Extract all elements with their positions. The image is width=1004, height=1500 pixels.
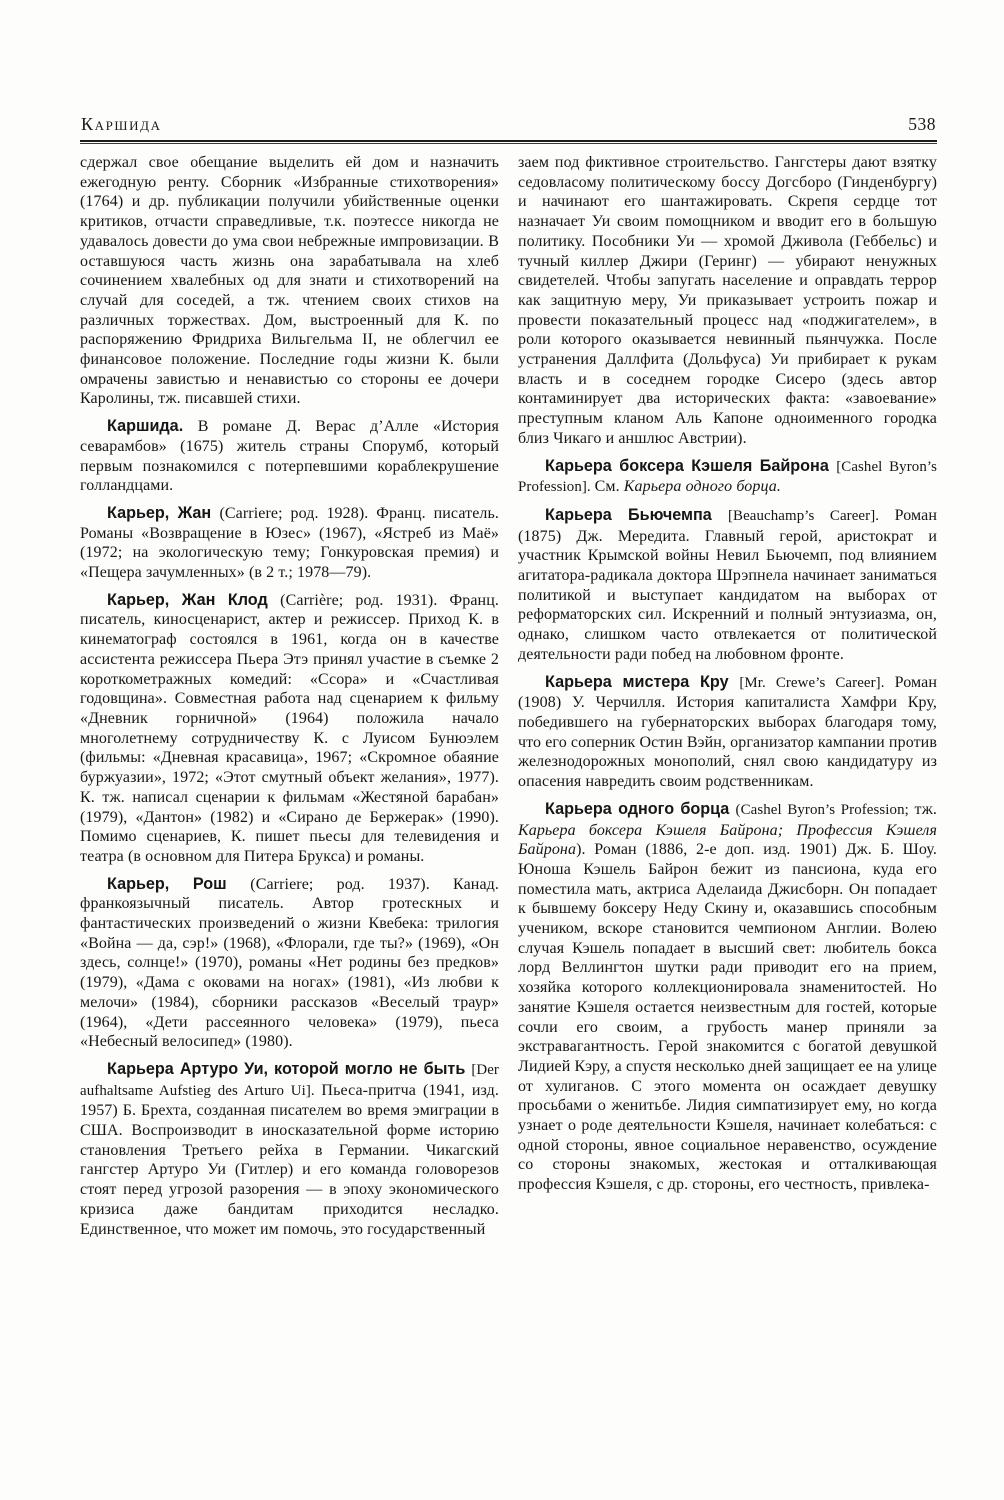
entry-paragraph: Карьер, Жан (Carriere; род. 1928). Франц… [80, 504, 499, 583]
entry-headword: Карьера мистера Кру [545, 673, 739, 691]
body-text: тж. [914, 801, 937, 818]
entry-headword: Карьер, Жан [107, 504, 219, 522]
original-title-latin: [Beauchamp’s Career]. [728, 508, 895, 524]
entry-paragraph: Каршида. В романе Д. Верас д’Алле «Истор… [80, 417, 499, 496]
body-text: ). Роман (1886, 2-е доп. изд. 1901) Дж. … [518, 841, 937, 1193]
entry-paragraph: Карьера мистера Кру [Mr. Crewe’s Career]… [518, 673, 937, 792]
entry-headword: Карьера боксера Кэшеля Байрона [545, 457, 836, 475]
body-text: Роман (1908) У. Черчилля. История капита… [518, 674, 937, 791]
entry-paragraph: Карьера одного борца (Cashel Byron’s Pro… [518, 800, 937, 1195]
page-number: 538 [908, 114, 936, 135]
book-page: Каршида 538 сдержал свое обещание выдели… [0, 0, 1004, 1500]
right-column: заем под фиктивное строительство. Гангст… [518, 153, 937, 1239]
header-rule [80, 140, 937, 144]
continuation-paragraph: сдержал свое обещание выделить ей дом и … [80, 153, 499, 409]
page-header: Каршида 538 [80, 114, 937, 140]
entry-headword: Карьера одного борца [545, 800, 736, 818]
body-text: (Carrière; род. 1931). Франц. писатель, … [80, 592, 499, 865]
entry-paragraph: Карьера Артуро Уи, которой могло не быть… [80, 1060, 499, 1239]
entry-headword: Карьер, Жан Клод [107, 591, 280, 609]
running-title: Каршида [81, 114, 162, 135]
entry-headword: Карьера Артуро Уи, которой могло не быть [107, 1060, 471, 1078]
italic-title: Карьера одного борца. [624, 478, 781, 495]
original-title-latin: [Mr. Crewe’s Career]. [739, 675, 894, 691]
continuation-paragraph: заем под фиктивное строительство. Гангст… [518, 153, 937, 449]
original-title-latin: (Cashel Byron’s Profession; [736, 802, 915, 818]
entry-paragraph: Карьер, Рош (Carriere; род. 1937). Канад… [80, 875, 499, 1052]
entry-paragraph: Карьера боксера Кэшеля Байрона [Cashel B… [518, 457, 937, 498]
body-text: заем под фиктивное строительство. Гангст… [518, 154, 937, 447]
body-text: (Carriere; род. 1937). Канад. франкоязыч… [80, 876, 499, 1051]
text-columns: сдержал свое обещание выделить ей дом и … [80, 153, 937, 1239]
body-text: сдержал свое обещание выделить ей дом и … [80, 154, 499, 407]
body-text: Пьеса-притча (1941, изд. 1957) Б. Брехта… [80, 1082, 499, 1238]
body-text: Роман (1875) Дж. Мередита. Главный герой… [518, 507, 937, 663]
entry-headword: Каршида. [107, 417, 198, 435]
page-content: Каршида 538 сдержал свое обещание выдели… [80, 114, 937, 1239]
entry-paragraph: Карьера Бьючемпа [Beauchamp’s Career]. Р… [518, 506, 937, 665]
entry-paragraph: Карьер, Жан Клод (Carrière; род. 1931). … [80, 591, 499, 867]
entry-headword: Карьер, Рош [107, 875, 250, 893]
body-text: См. [595, 478, 624, 495]
left-column: сдержал свое обещание выделить ей дом и … [80, 153, 499, 1239]
entry-headword: Карьера Бьючемпа [545, 506, 728, 524]
